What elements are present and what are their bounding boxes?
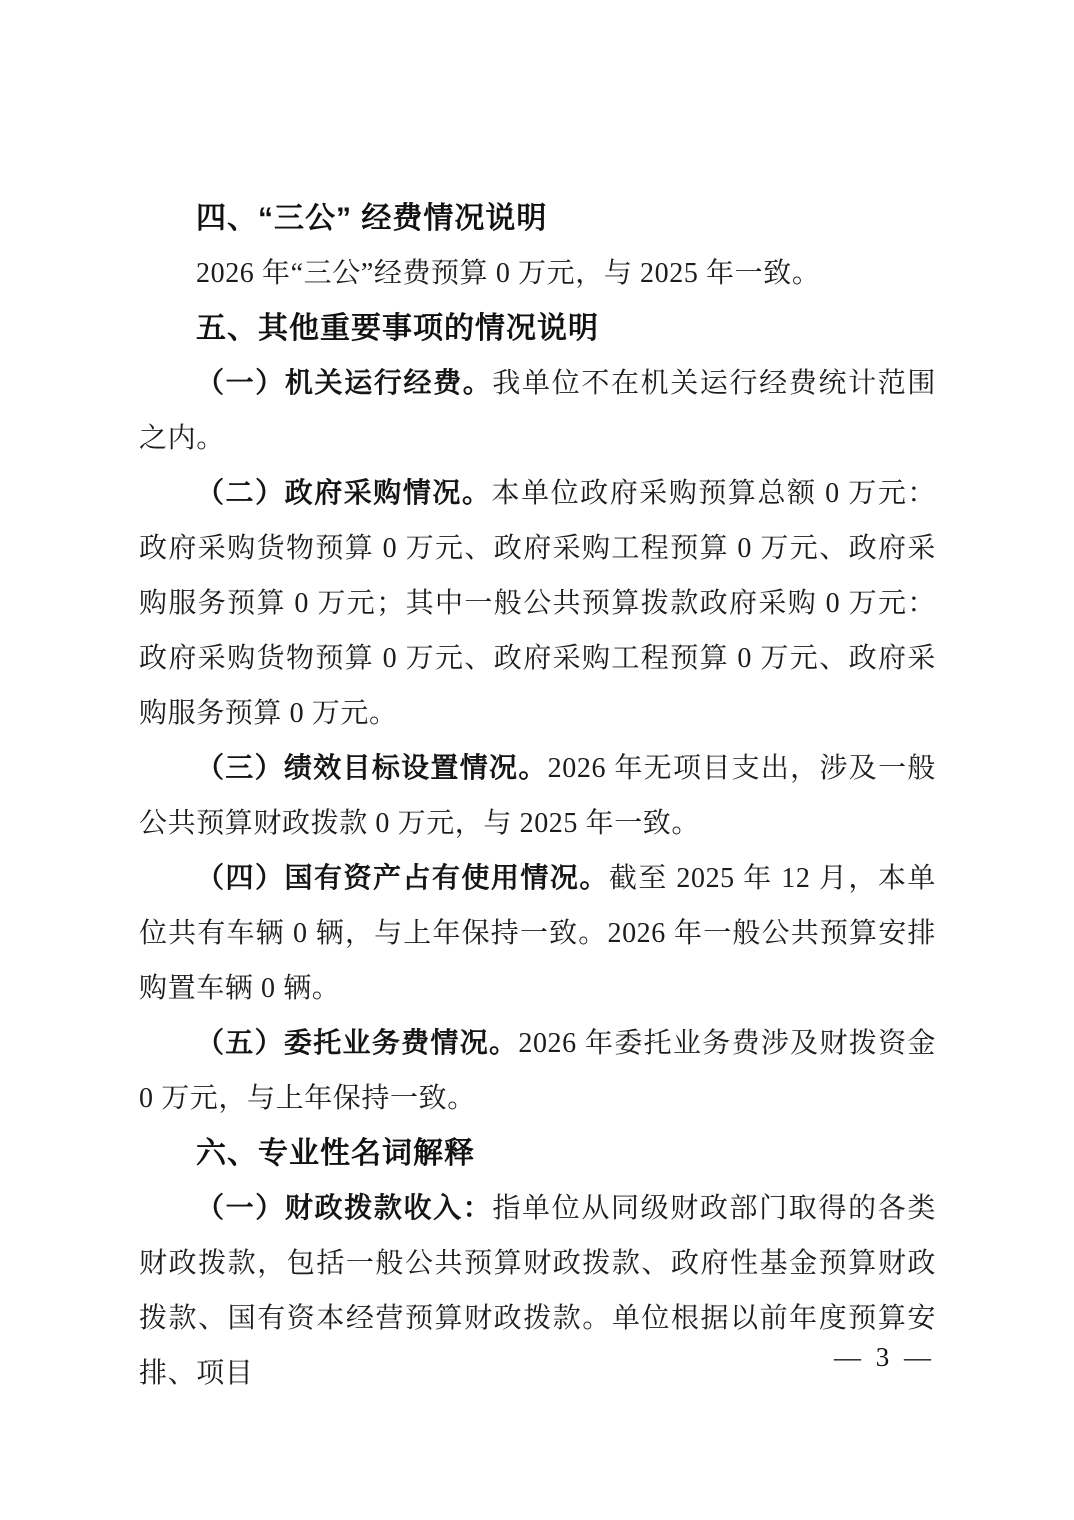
paragraph: （二）政府采购情况。本单位政府采购预算总额 0 万元：政府采购货物预算 0 万元… (139, 466, 936, 741)
paragraph-lead: （一）机关运行经费。 (196, 368, 492, 399)
heading-text: 六、专业性名词解释 (196, 1137, 475, 1170)
paragraph-text: 2026 年“三公”经费预算 0 万元，与 2025 年一致。 (196, 258, 820, 289)
paragraph: （四）国有资产占有使用情况。截至 2025 年 12 月，本单位共有车辆 0 辆… (139, 851, 936, 1016)
paragraph-lead: （二）政府采购情况。 (196, 478, 492, 509)
section-heading: 六、专业性名词解释 (139, 1126, 936, 1181)
page-number: — 3 — (834, 1342, 935, 1373)
heading-text: 四、“三公” 经费情况说明 (196, 202, 547, 235)
heading-text: 五、其他重要事项的情况说明 (196, 312, 599, 345)
paragraph: （一）财政拨款收入：指单位从同级财政部门取得的各类财政拨款，包括一般公共预算财政… (139, 1181, 936, 1401)
paragraph: （一）机关运行经费。我单位不在机关运行经费统计范围之内。 (139, 356, 936, 466)
document-body: 四、“三公” 经费情况说明2026 年“三公”经费预算 0 万元，与 2025 … (139, 191, 936, 1401)
paragraph-lead: （五）委托业务费情况。 (196, 1028, 518, 1059)
paragraph: （三）绩效目标设置情况。2026 年无项目支出，涉及一般公共预算财政拨款 0 万… (139, 741, 936, 851)
section-heading: 四、“三公” 经费情况说明 (139, 191, 936, 246)
paragraph-lead: （三）绩效目标设置情况。 (196, 753, 548, 784)
paragraph-lead: （四）国有资产占有使用情况。 (196, 863, 609, 894)
paragraph-lead: （一）财政拨款收入： (196, 1193, 492, 1224)
document-page: 四、“三公” 经费情况说明2026 年“三公”经费预算 0 万元，与 2025 … (0, 0, 1074, 1520)
paragraph-text: 本单位政府采购预算总额 0 万元：政府采购货物预算 0 万元、政府采购工程预算 … (139, 478, 936, 729)
paragraph: （五）委托业务费情况。2026 年委托业务费涉及财拨资金 0 万元，与上年保持一… (139, 1016, 936, 1126)
section-heading: 五、其他重要事项的情况说明 (139, 301, 936, 356)
paragraph: 2026 年“三公”经费预算 0 万元，与 2025 年一致。 (139, 246, 936, 301)
